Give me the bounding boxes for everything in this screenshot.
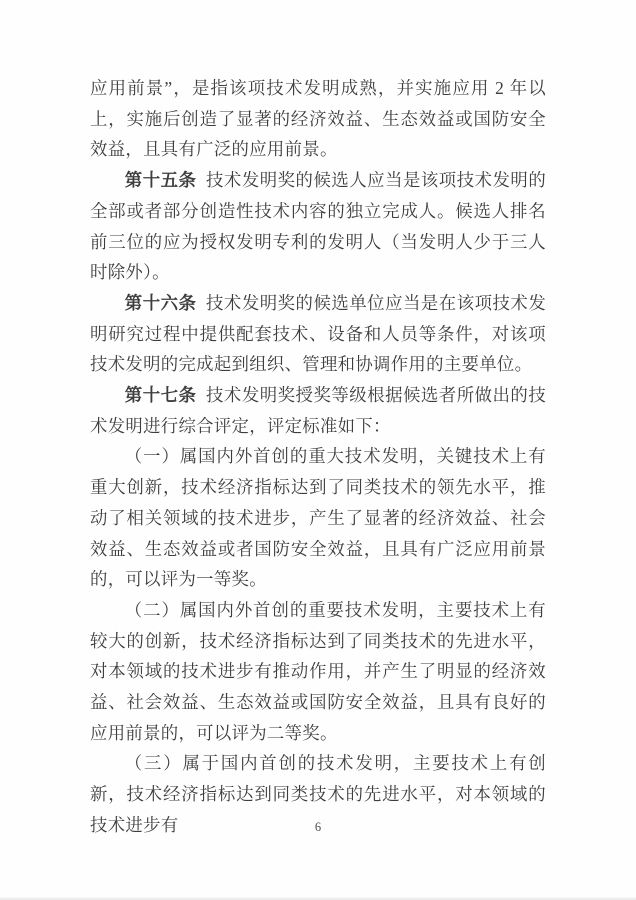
- paragraph-text: 应用前景”，是指该项技术发明成熟，并实施应用 2 年以上，实施后创造了显著的经济…: [90, 78, 546, 159]
- paragraph: （一）属国内外首创的重大技术发明，关键技术上有重大创新，技术经济指标达到了同类技…: [90, 441, 546, 595]
- paragraph: 应用前景”，是指该项技术发明成熟，并实施应用 2 年以上，实施后创造了显著的经济…: [90, 73, 546, 165]
- paragraph-text: （一）属国内外首创的重大技术发明，关键技术上有重大创新，技术经济指标达到了同类技…: [90, 446, 546, 589]
- article-number: 第十七条: [125, 385, 197, 405]
- article-number: 第十五条: [125, 170, 197, 190]
- document-body: 应用前景”，是指该项技术发明成熟，并实施应用 2 年以上，实施后创造了显著的经济…: [90, 73, 546, 841]
- page-number: 6: [0, 820, 636, 835]
- paragraph-text: （二）属国内外首创的重要技术发明，主要技术上有较大的创新，技术经济指标达到了同类…: [90, 600, 546, 743]
- paragraph: （二）属国内外首创的重要技术发明，主要技术上有较大的创新，技术经济指标达到了同类…: [90, 595, 546, 749]
- document-page: 应用前景”，是指该项技术发明成熟，并实施应用 2 年以上，实施后创造了显著的经济…: [0, 0, 636, 900]
- paragraph: 第十五条技术发明奖的候选人应当是该项技术发明的全部或者部分创造性技术内容的独立完…: [90, 165, 546, 288]
- paragraph: 第十六条技术发明奖的候选单位应当是在该项技术发明研究过程中提供配套技术、设备和人…: [90, 288, 546, 380]
- paragraph: 第十七条技术发明奖授奖等级根据候选者所做出的技术发明进行综合评定，评定标准如下：: [90, 380, 546, 441]
- article-number: 第十六条: [125, 293, 197, 313]
